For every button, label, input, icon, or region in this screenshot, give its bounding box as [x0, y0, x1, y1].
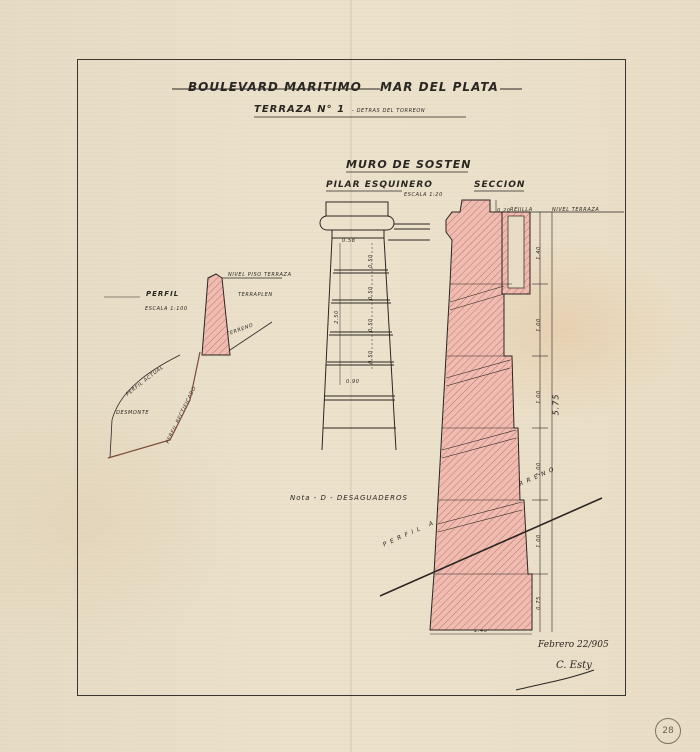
technical-drawing [0, 0, 700, 752]
